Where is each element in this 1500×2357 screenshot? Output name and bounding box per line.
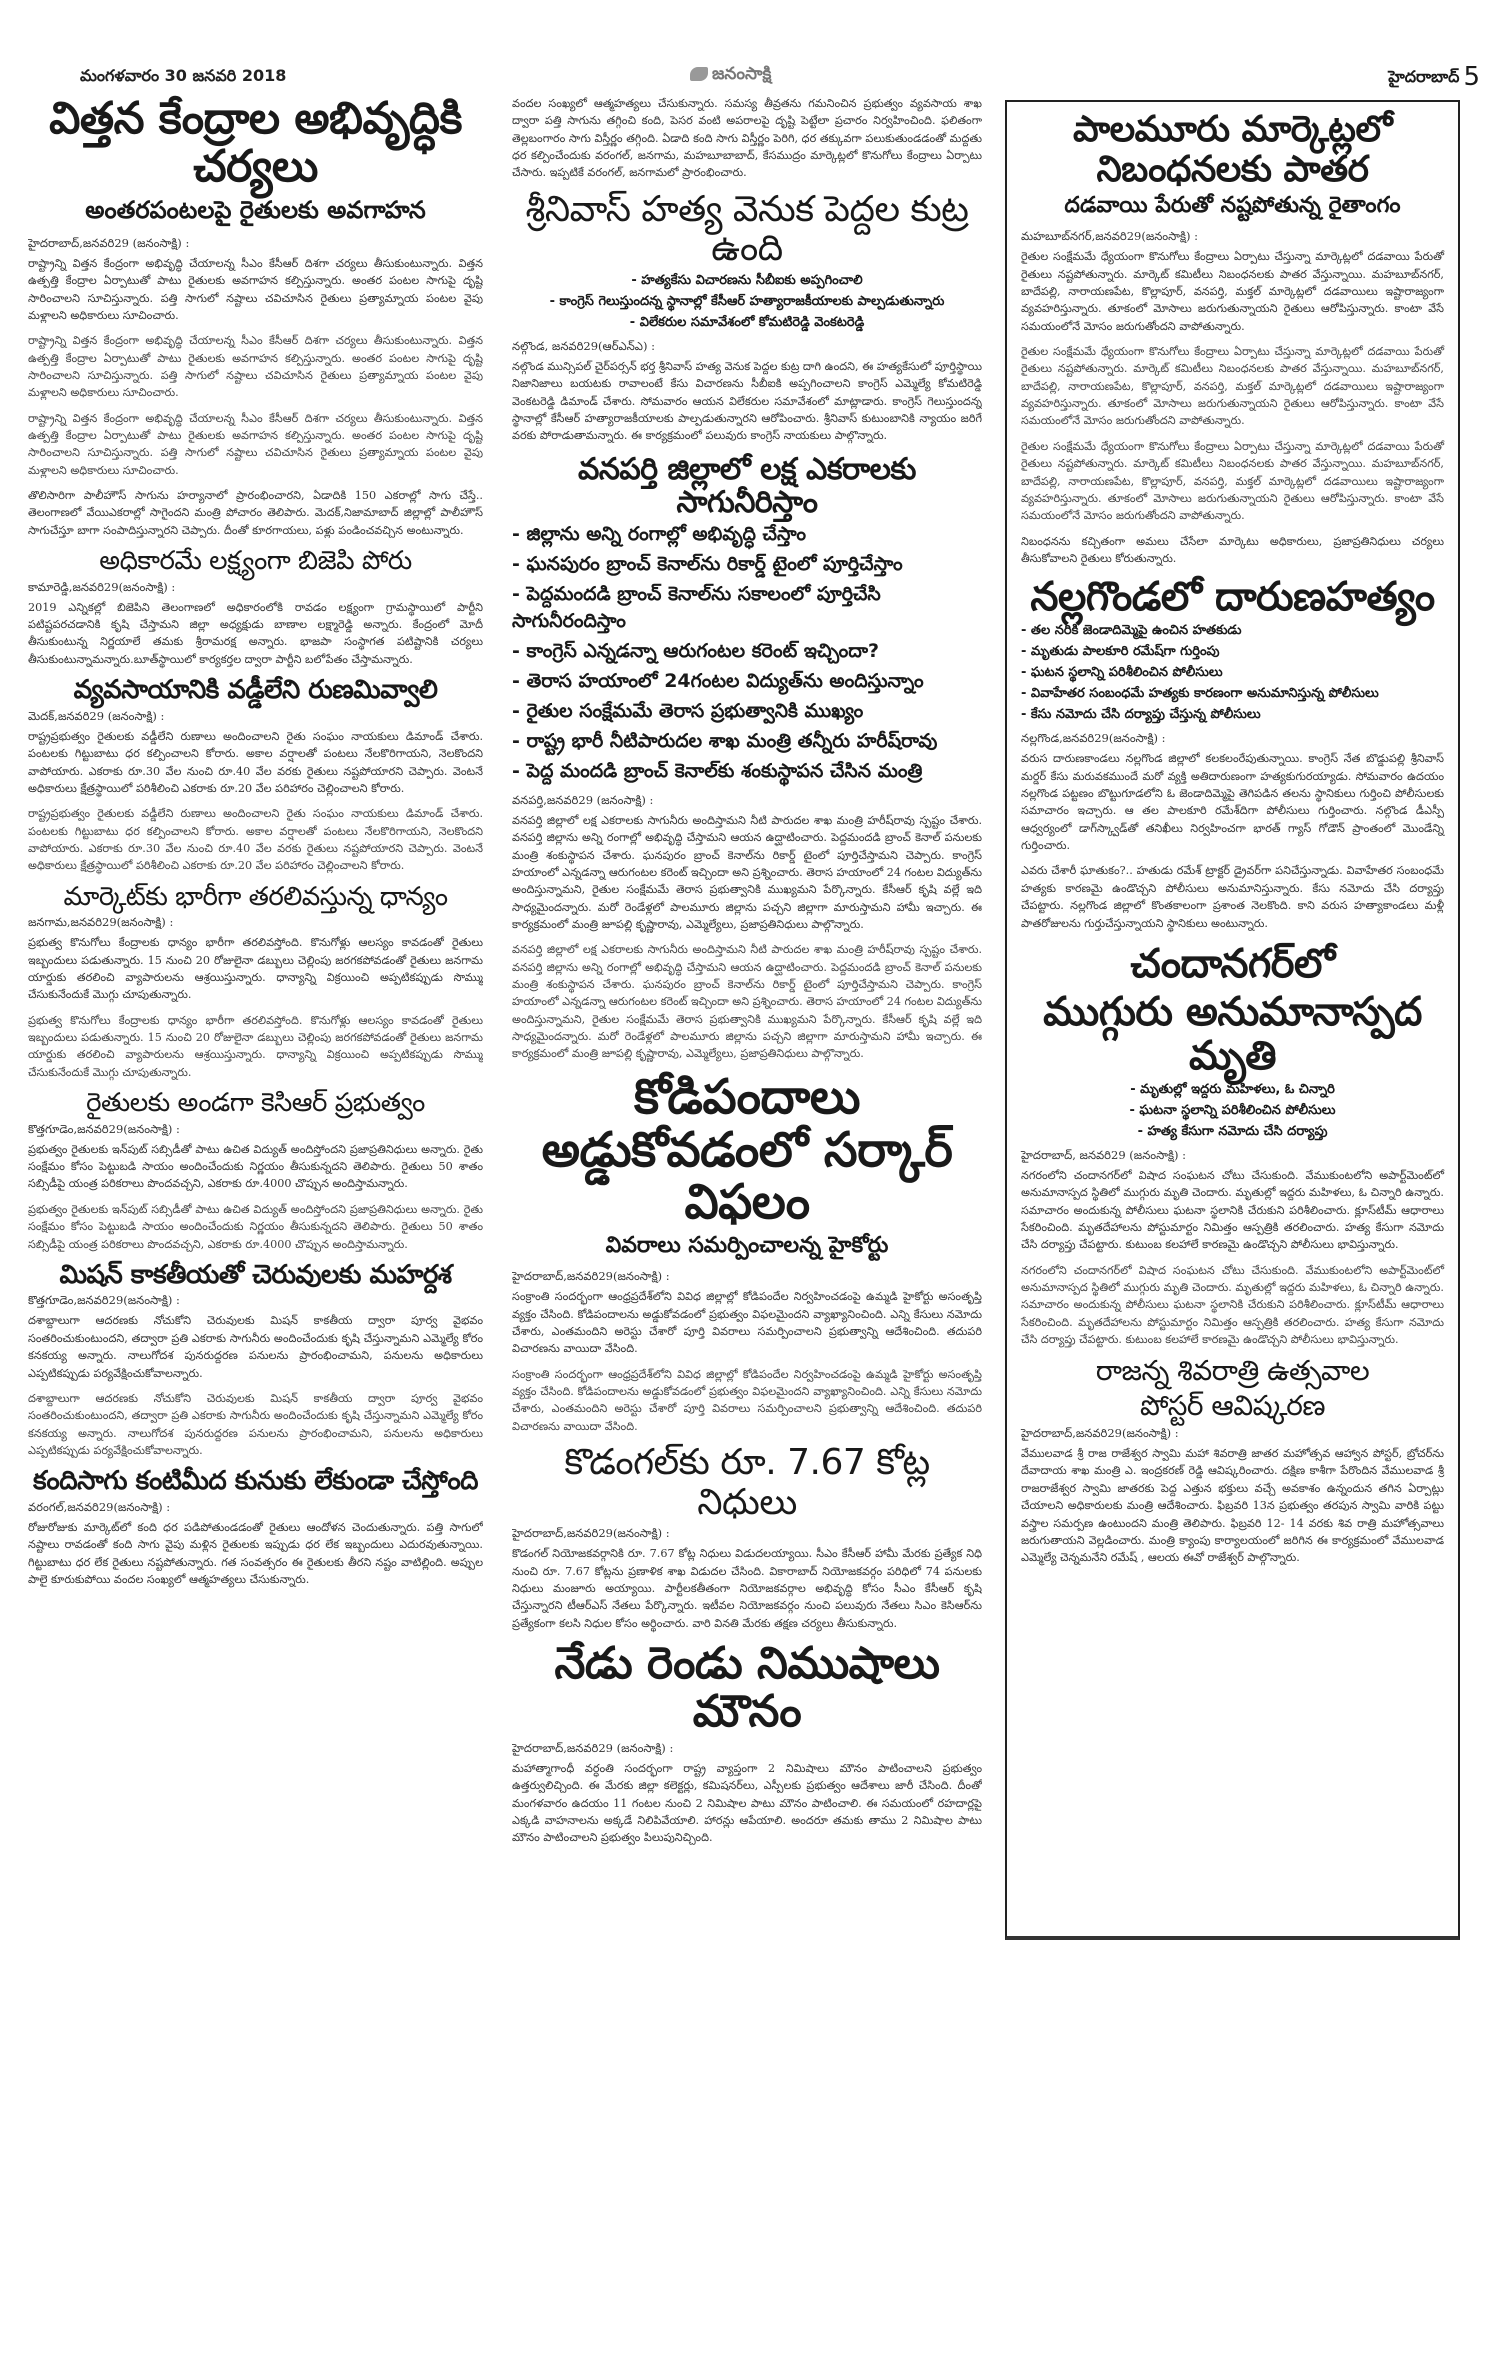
article-body: ప్రభుత్వం రైతులకు ఇన్‌పుట్‌ సబ్సిడీతో పా… <box>28 1141 483 1193</box>
article-headline: రైతులకు అండగా కెసిఆర్‌ ప్రభుత్వం <box>28 1089 483 1118</box>
article-subheadline: వివరాలు సమర్పించాలన్న హైకోర్టు <box>512 1233 982 1263</box>
article: రైతులకు అండగా కెసిఆర్‌ ప్రభుత్వం కొత్తగూ… <box>28 1089 483 1253</box>
article-headline: పాలమూరు మార్కెట్లలో నిబంధనలకు పాతర <box>1021 110 1444 189</box>
dateline: మెదక్‌,జనవరి29 (జనంసాక్షి) : <box>28 709 483 726</box>
dateline: హైదరాబాద్‌,జనవరి29 (జనంసాక్షి) : <box>512 1741 982 1758</box>
article: కోడిపందాలు అడ్డుకోవడంలో సర్కార్‌ విఫలం వ… <box>512 1071 982 1435</box>
logo-icon <box>690 67 708 81</box>
dateline: కామారెడ్డి,జనవరి29(జనంసాక్షి) : <box>28 580 483 597</box>
issue-date: మంగళవారం 30 జనవరి 2018 <box>80 66 286 89</box>
bullet-item: - వివాహేతర సంబంధమే హత్యకు కారణంగా అనుమాన… <box>1021 686 1444 704</box>
bullet-item: - ఘనపురం బ్రాంచ్‌ కెనాల్‌ను రికార్డ్‌ టై… <box>512 553 982 580</box>
bullet-list: - జిల్లాను అన్ని రంగాల్లో అభివృద్ధి చేస్… <box>512 523 982 787</box>
article: రాజన్న శివరాత్రి ఉత్సవాల పోస్టర్‌ ఆవిష్క… <box>1021 1356 1444 1566</box>
article-body: వరుస దారుణకాండలు నల్లగొండ జిల్లాలో కలకలం… <box>1021 750 1444 854</box>
article-headline: కోడిపందాలు అడ్డుకోవడంలో సర్కార్‌ విఫలం <box>512 1071 982 1229</box>
article-body: సంక్రాంతి సందర్భంగా ఆంధ్రప్రదేశ్‌లోని వి… <box>512 1366 982 1435</box>
page-number: 5 <box>1463 62 1480 92</box>
bullet-item: - కేసు నమోదు చేసి దర్యాప్తు చేస్తున్న పో… <box>1021 707 1444 725</box>
article-body: సంక్రాంతి సందర్భంగా ఆంధ్రప్రదేశ్‌లోని వి… <box>512 1288 982 1357</box>
newspaper-logo: జనంసాక్షి <box>690 64 771 88</box>
article-body: రైతుల సంక్షేమమే ధ్యేయంగా కొనుగోలు కేంద్ర… <box>1021 438 1444 525</box>
article: వనపర్తి జిల్లాలో లక్ష ఎకరాలకు సాగునీరిస్… <box>512 453 982 1063</box>
article-headline: మార్కెట్‌కు భారీగా తరలివస్తున్న ధాన్యం <box>28 883 483 912</box>
article-body: నగరంలోని చందానగర్‌లో విషాద సంఘటన చోటు చే… <box>1021 1262 1444 1349</box>
article-body: మహాత్మాగాంధీ వర్ధంతి సందర్భంగా రాష్ట్ర వ… <box>512 1760 982 1847</box>
article-body-end: తొలిసారిగా పాలీహౌస్‌ సాగును హర్యానాలో ప్… <box>28 487 483 539</box>
article: వ్యవసాయానికి వడ్డీలేని రుణమివ్వాలి మెదక్… <box>28 676 483 874</box>
article-headline: మిషన్‌ కాకతీయతో చెరువులకు మహర్దశ <box>28 1261 483 1290</box>
article-headline: కొడంగల్‌కు రూ. 7.67 కోట్ల నిధులు <box>512 1443 982 1522</box>
bullet-item: - పెద్ద మందడి బ్రాంచ్‌ కెనాల్‌కు శంకుస్థ… <box>512 760 982 787</box>
bullet-item: - ఘటన స్థలాన్ని పరిశీలించిన పోలీసులు <box>1021 665 1444 683</box>
bullet-item: - తల నరికి జెండాదిమ్మెపై ఉంచిన హతకుడు <box>1021 623 1444 641</box>
article-headline: కందిసాగు కంటిమీద కునుకు లేకుండా చేస్తోంద… <box>28 1467 483 1496</box>
bullet-item: - కాంగ్రెస్‌ ఎన్నడన్నా ఆరుగంటల కరెంట్‌ ఇ… <box>512 640 982 667</box>
bullet-item: - తెరాస హయాంలో 24గంటల విద్యుత్‌ను అందిస్… <box>512 670 982 697</box>
page-header: మంగళవారం 30 జనవరి 2018 జనంసాక్షి హైదరాబా… <box>0 62 1500 92</box>
article-headline-line2: ముగ్గురు అనుమానాస్పద మృతి <box>1021 990 1444 1078</box>
dateline: హైదరాబాద్‌,జనవరి29(జనంసాక్షి) : <box>512 1269 982 1286</box>
bullet-item: - కాంగ్రెస్‌ గెలుస్తుందన్న స్థానాల్లో కే… <box>512 294 982 312</box>
article: శ్రీనివాస్‌ హత్య వెనుక పెద్దల కుట్ర ఉంది… <box>512 190 982 445</box>
article-body: ప్రభుత్వ కొనుగోలు కేంద్రాలకు ధాన్యం భారీ… <box>28 934 483 1003</box>
article-headline: నల్లగొండలో దారుణహత్యం <box>1021 575 1444 619</box>
article-body: రాష్ట్రాన్ని విత్తన కేంద్రంగా అభివృద్ధి … <box>28 410 483 479</box>
article-body: దశాబ్దాలుగా ఆదరణకు నోచుకోని చెరువులకు మి… <box>28 1390 483 1459</box>
article-body: నల్గొండ మున్సిపల్‌ చైర్‌పర్సన్‌ భర్త శ్ర… <box>512 358 982 445</box>
right-boxed-column: పాలమూరు మార్కెట్లలో నిబంధనలకు పాతర దడవాయ… <box>1005 100 1460 1940</box>
article: అధికారమే లక్ష్యంగా బిజెపి పోరు కామారెడ్డ… <box>28 547 483 668</box>
dateline: మహబూబ్‌నగర్‌,జనవరి29(జనంసాక్షి) : <box>1021 229 1444 246</box>
dateline: నల్లగొండ,జనవరి29(జనంసాక్షి) : <box>1021 731 1444 748</box>
bullet-list: - హత్యకేసు విచారణను సీబీఐకు అప్పగించాలి … <box>512 273 982 333</box>
article: చందానగర్‌లో ముగ్గురు అనుమానాస్పద మృతి - … <box>1021 942 1444 1349</box>
article-body-end: నిబంధనను కచ్చితంగా అమలు చేసేలా మార్కెటు … <box>1021 533 1444 568</box>
article-headline: వ్యవసాయానికి వడ్డీలేని రుణమివ్వాలి <box>28 676 483 705</box>
bullet-item: - పెద్దమందడి బ్రాంచ్‌ కెనాల్‌ను సకాలంలో … <box>512 583 982 637</box>
dateline: హైదరాబాద్‌,జనవరి29(జనంసాక్షి) : <box>1021 1426 1444 1443</box>
article-headline: అధికారమే లక్ష్యంగా బిజెపి పోరు <box>28 547 483 576</box>
lead-headline: విత్తన కేంద్రాల అభివృద్ధికి చర్యలు <box>28 95 483 192</box>
bullet-item: - మృతుడు పాలకూరి రమేష్‌గా గుర్తింపు <box>1021 644 1444 662</box>
article-headline: శ్రీనివాస్‌ హత్య వెనుక పెద్దల కుట్ర ఉంది <box>512 190 982 269</box>
article-headline: చందానగర్‌లో <box>1021 942 1444 986</box>
article-body: వనపర్తి జిల్లాలో లక్ష ఎకరాలకు సాగునీరు అ… <box>512 812 982 934</box>
dateline: కొత్తగూడెం,జనవరి29(జనంసాక్షి) : <box>28 1122 483 1139</box>
dateline: జనగామ,జనవరి29(జనంసాక్షి) : <box>28 915 483 932</box>
article-body: రోజురోజుకు మార్కెట్‌లో కంది ధర పడిపోతుండ… <box>28 1519 483 1588</box>
article-headline-line2: పోస్టర్‌ ఆవిష్కరణ <box>1021 1391 1444 1422</box>
article: నల్లగొండలో దారుణహత్యం - తల నరికి జెండాది… <box>1021 575 1444 932</box>
bullet-item: - హత్య కేసుగా నమోదు చేసి దర్యాప్తు <box>1021 1124 1444 1142</box>
bullet-item: - జిల్లాను అన్ని రంగాల్లో అభివృద్ధి చేస్… <box>512 523 982 550</box>
article-body: రాష్ట్రాన్ని విత్తన కేంద్రంగా అభివృద్ధి … <box>28 332 483 401</box>
continued-text: వందల సంఖ్యలో ఆత్మహత్యలు చేసుకున్నారు. సమ… <box>512 95 982 182</box>
article: పాలమూరు మార్కెట్లలో నిబంధనలకు పాతర దడవాయ… <box>1021 110 1444 567</box>
article: మార్కెట్‌కు భారీగా తరలివస్తున్న ధాన్యం జ… <box>28 883 483 1081</box>
bullet-list: - మృతుల్లో ఇద్దరు మహిళలు, ఓ చిన్నారి - ఘ… <box>1021 1082 1444 1142</box>
article-headline: నేడు రెండు నిముషాలు మౌనం <box>512 1640 982 1737</box>
article-body: రాష్ట్రప్రభుత్వం రైతులకు వడ్డీలేని రుణాల… <box>28 728 483 797</box>
bullet-item: - ఘటనా స్థలాన్ని పరిశీలించిన పోలీసులు <box>1021 1103 1444 1121</box>
article-headline: రాజన్న శివరాత్రి ఉత్సవాల <box>1021 1356 1444 1387</box>
left-column: విత్తన కేంద్రాల అభివృద్ధికి చర్యలు అంతరప… <box>28 95 483 1596</box>
bullet-item: - విలేకరుల సమావేశంలో కోమటిరెడ్డి వెంకటరె… <box>512 315 982 333</box>
article-subheadline: దడవాయి పేరుతో నష్టపోతున్న రైతాంగం <box>1021 193 1444 223</box>
article-body: రైతుల సంక్షేమమే ధ్యేయంగా కొనుగోలు కేంద్ర… <box>1021 248 1444 335</box>
bullet-item: - మృతుల్లో ఇద్దరు మహిళలు, ఓ చిన్నారి <box>1021 1082 1444 1100</box>
article-body: దశాబ్దాలుగా ఆదరణకు నోచుకోని చెరువులకు మి… <box>28 1312 483 1381</box>
dateline: హైదరాబాద్,జనవరి29 (జనంసాక్షి) : <box>28 236 483 253</box>
dateline: హైదరాబాద్‌, జనవరి29 (జనంసాక్షి) : <box>1021 1148 1444 1165</box>
dateline: కొత్తగూడెం,జనవరి29(జనంసాక్షి) : <box>28 1293 483 1310</box>
article-body: నగరంలోని చందానగర్‌లో విషాద సంఘటన చోటు చే… <box>1021 1167 1444 1254</box>
dateline: హైదరాబాద్‌,జనవరి29(జనంసాక్షి) : <box>512 1526 982 1543</box>
article-body: 2019 ఎన్నికల్లో బిజెపిని తెలంగాణలో అధికా… <box>28 599 483 668</box>
article-body: రాష్ట్రప్రభుత్వం రైతులకు వడ్డీలేని రుణాల… <box>28 805 483 874</box>
article-body: కొడంగల్‌ నియోజకవర్గానికి రూ. 7.67 కోట్ల … <box>512 1545 982 1632</box>
article-body: వేములవాడ శ్రీ రాజ రాజేశ్వర స్వామి మహా శి… <box>1021 1445 1444 1567</box>
lead-subheadline: అంతరపంటలపై రైతులకు అవగాహన <box>28 196 483 230</box>
middle-column: వందల సంఖ్యలో ఆత్మహత్యలు చేసుకున్నారు. సమ… <box>512 95 982 1855</box>
article-body: రాష్ట్రాన్ని విత్తన కేంద్రంగా అభివృద్ధి … <box>28 255 483 324</box>
article: కందిసాగు కంటిమీద కునుకు లేకుండా చేస్తోంద… <box>28 1467 483 1588</box>
dateline: నల్గొండ, జనవరి29(ఆర్‌ఎన్‌ఎ) : <box>512 339 982 356</box>
bullet-item: - రాష్ట్ర భారీ నీటిపారుదల శాఖ మంత్రి తన్… <box>512 730 982 757</box>
edition-label: హైదరాబాద్5 <box>1388 62 1480 92</box>
dateline: వనపర్తి,జనవరి29 (జనంసాక్షి) : <box>512 793 982 810</box>
article-body: ఎవరు చేశారీ ఘాతుకం?.. హతుడు రమేశ్‌ ట్రాక… <box>1021 862 1444 931</box>
article: కొడంగల్‌కు రూ. 7.67 కోట్ల నిధులు హైదరాబా… <box>512 1443 982 1632</box>
dateline: వరంగల్‌,జనవరి29(జనంసాక్షి) : <box>28 1500 483 1517</box>
bullet-item: - రైతుల సంక్షేమమే తెరాస ప్రభుత్వానికి ము… <box>512 700 982 727</box>
article: నేడు రెండు నిముషాలు మౌనం హైదరాబాద్‌,జనవర… <box>512 1640 982 1847</box>
article-body: ప్రభుత్వం రైతులకు ఇన్‌పుట్‌ సబ్సిడీతో పా… <box>28 1201 483 1253</box>
bullet-item: - హత్యకేసు విచారణను సీబీఐకు అప్పగించాలి <box>512 273 982 291</box>
article-body: ప్రభుత్వ కొనుగోలు కేంద్రాలకు ధాన్యం భారీ… <box>28 1012 483 1081</box>
article-body: వనపర్తి జిల్లాలో లక్ష ఎకరాలకు సాగునీరు అ… <box>512 941 982 1063</box>
bullet-list: - తల నరికి జెండాదిమ్మెపై ఉంచిన హతకుడు - … <box>1021 623 1444 725</box>
article-headline: వనపర్తి జిల్లాలో లక్ష ఎకరాలకు సాగునీరిస్… <box>512 453 982 519</box>
lead-article: విత్తన కేంద్రాల అభివృద్ధికి చర్యలు అంతరప… <box>28 95 483 539</box>
article-body: రైతుల సంక్షేమమే ధ్యేయంగా కొనుగోలు కేంద్ర… <box>1021 343 1444 430</box>
article: మిషన్‌ కాకతీయతో చెరువులకు మహర్దశ కొత్తగూ… <box>28 1261 483 1459</box>
